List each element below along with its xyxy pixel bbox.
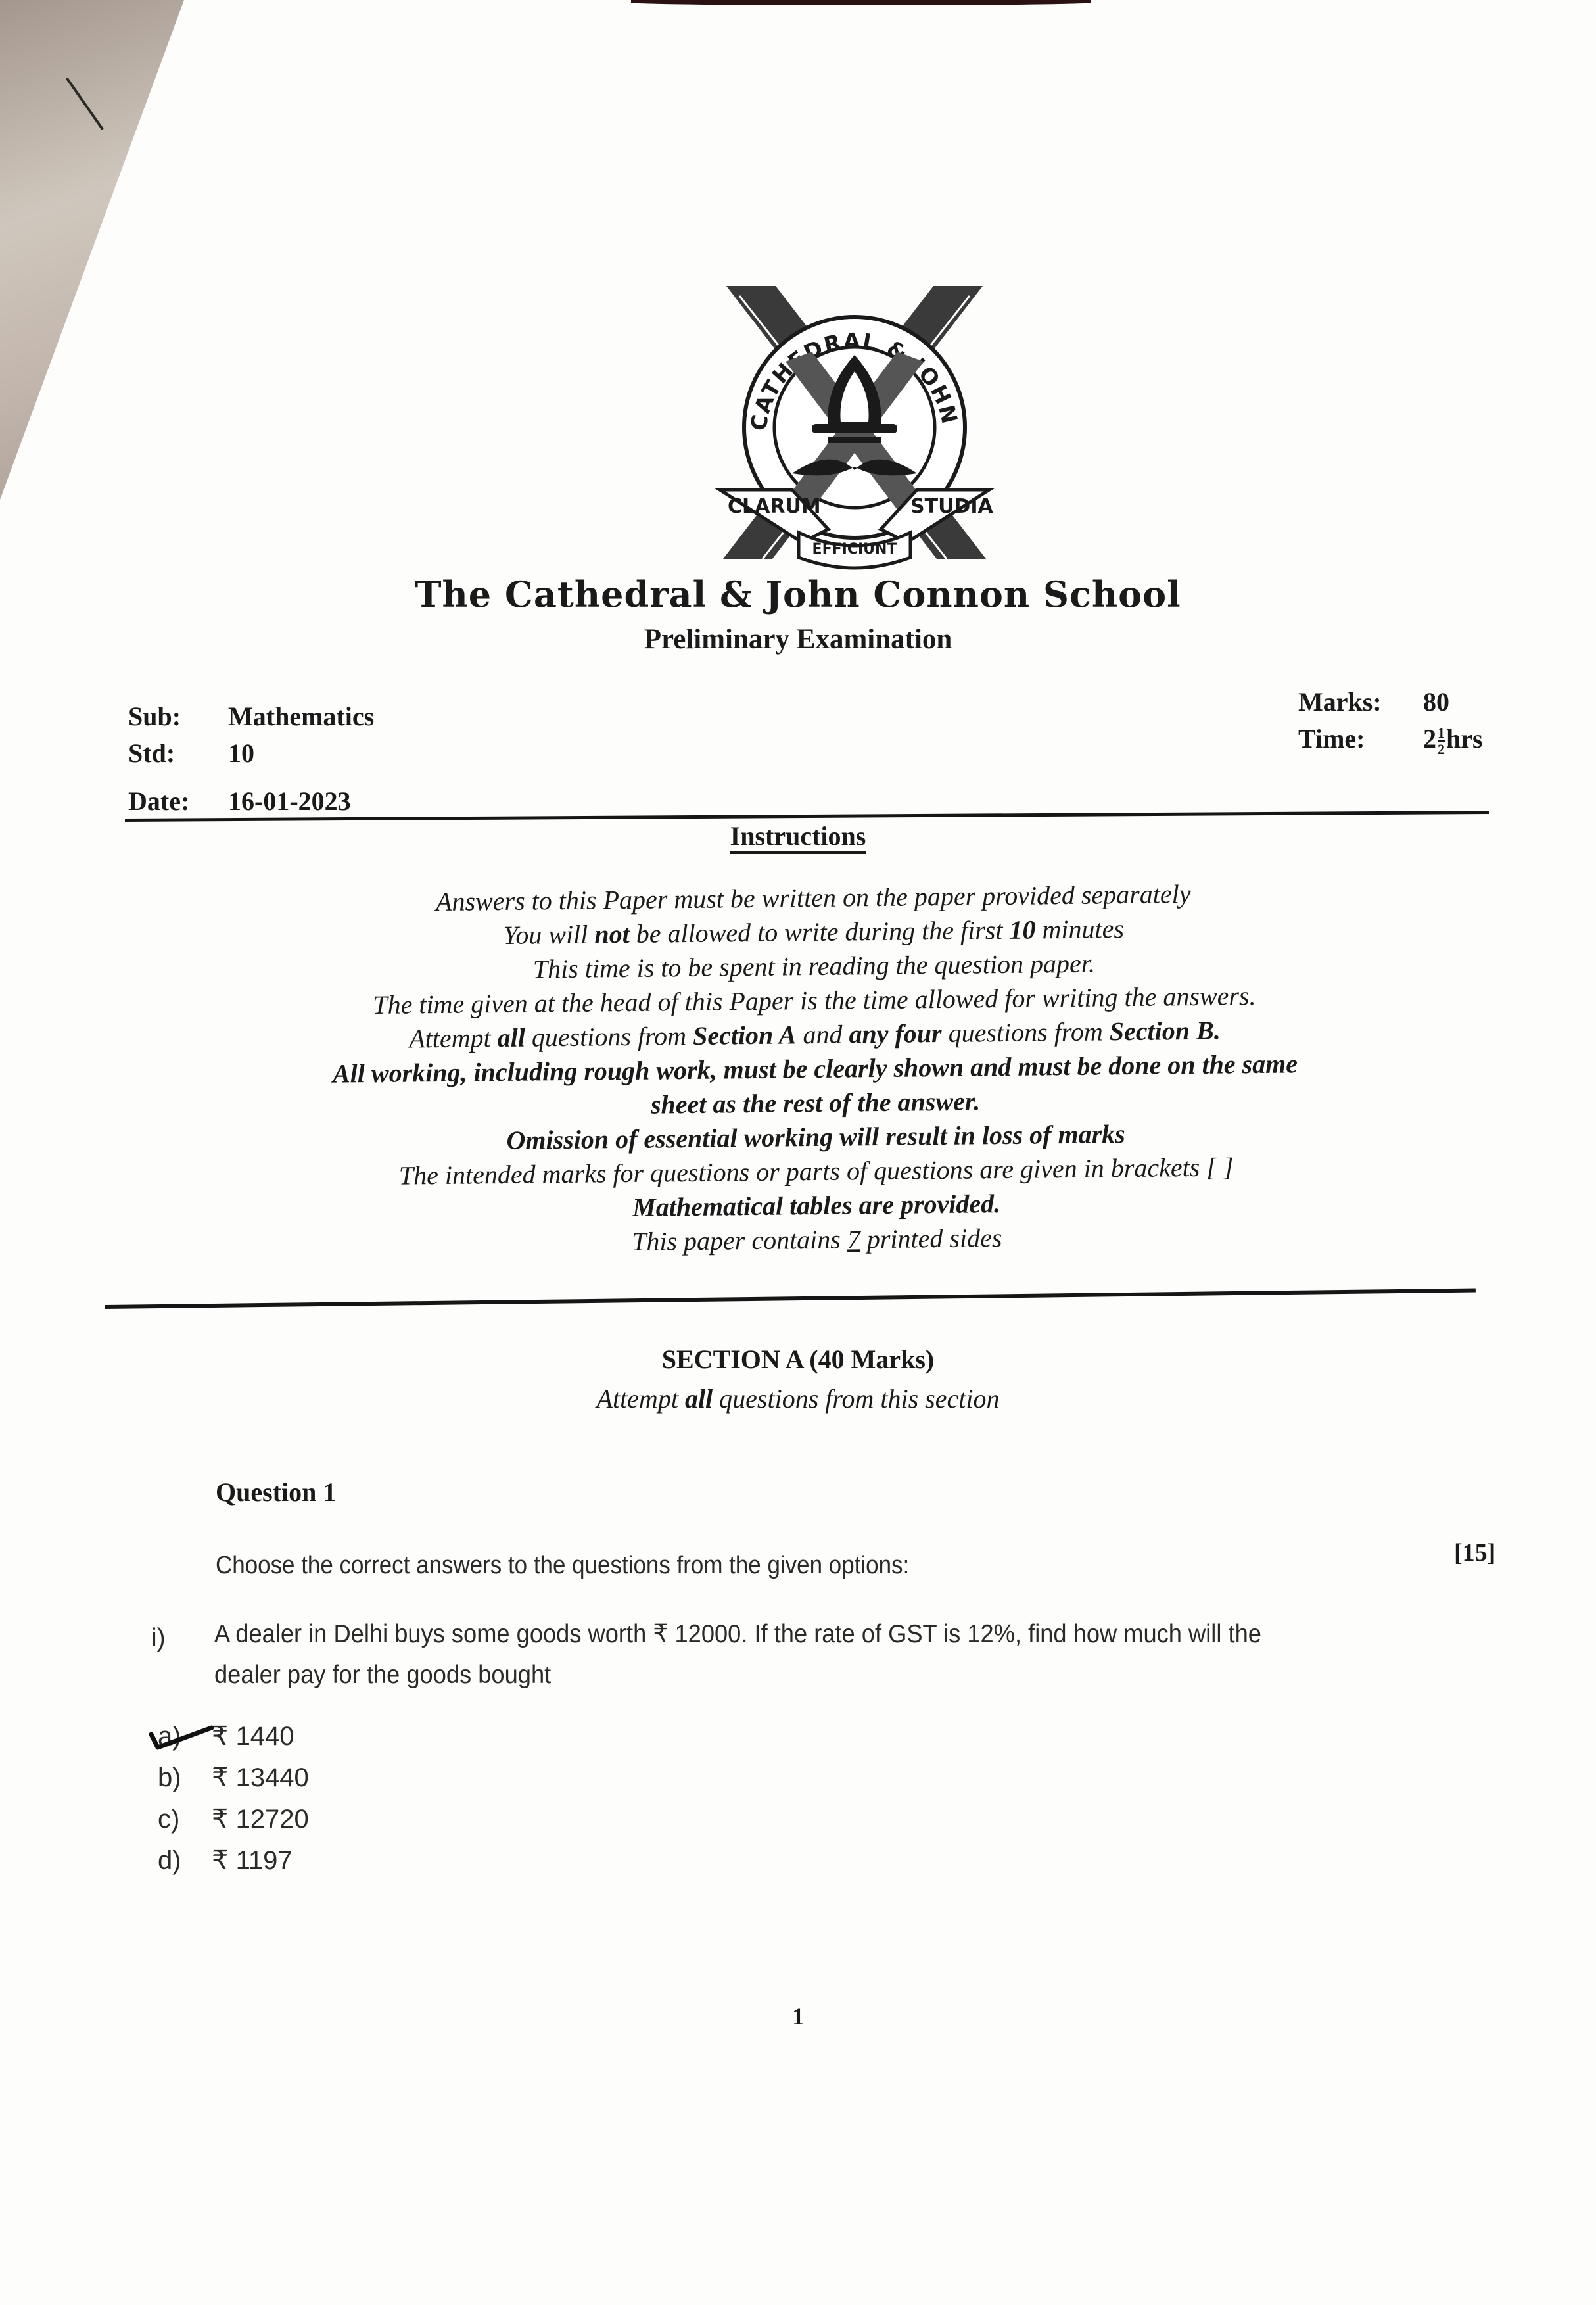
- sub-question-text: A dealer in Delhi buys some goods worth …: [214, 1614, 1317, 1696]
- marks-row: Marks:80: [1298, 684, 1483, 721]
- exam-meta-right: Marks:80 Time:212hrs: [1298, 684, 1483, 757]
- question-1-marks: [15]: [1454, 1538, 1495, 1567]
- exam-meta-left: Sub:Mathematics Std:10: [128, 698, 374, 772]
- top-edge-shadow: [631, 0, 1091, 5]
- svg-text:STUDIA: STUDIA: [910, 495, 993, 518]
- date-label: Date:: [128, 786, 228, 817]
- subject-value: Mathematics: [228, 701, 374, 731]
- option-c: c)₹ 12720: [158, 1799, 309, 1840]
- exam-title: Preliminary Examination: [0, 623, 1596, 655]
- svg-text:CLARUM: CLARUM: [728, 495, 821, 518]
- date-value: 16-01-2023: [228, 786, 351, 816]
- instructions-divider: [105, 1289, 1476, 1309]
- option-d: d)₹ 1197: [158, 1840, 309, 1882]
- standard-row: Std:10: [128, 735, 374, 772]
- time-label: Time:: [1298, 721, 1423, 757]
- question-1-prompt: Choose the correct answers to the questi…: [216, 1552, 909, 1580]
- marks-value: 80: [1423, 687, 1449, 717]
- school-crest-logo: CATHEDRAL & JOHN CONNON SCHOOL CLARUM ST…: [713, 283, 996, 572]
- section-a-subtitle: Attempt all questions from this section: [0, 1383, 1596, 1414]
- standard-label: Std:: [128, 735, 228, 772]
- time-whole: 2: [1423, 724, 1436, 753]
- option-b: b)₹ 13440: [158, 1757, 309, 1799]
- instructions-list: Answers to this Paper must be written on…: [222, 875, 1409, 1264]
- sub-question-i: i) A dealer in Delhi buys some goods wor…: [151, 1614, 1400, 1696]
- school-name: The Cathedral & John Connon School: [0, 573, 1596, 615]
- time-row: Time:212hrs: [1298, 721, 1483, 757]
- subject-row: Sub:Mathematics: [128, 698, 374, 735]
- sub-question-number: i): [151, 1618, 166, 1659]
- instructions-heading: Instructions: [0, 820, 1596, 851]
- time-unit: hrs: [1446, 724, 1483, 753]
- marks-label: Marks:: [1298, 684, 1423, 721]
- page-number: 1: [0, 2003, 1596, 2030]
- standard-value: 10: [228, 738, 254, 768]
- svg-text:EFFICIUNT: EFFICIUNT: [812, 541, 897, 558]
- section-a-title: SECTION A (40 Marks): [0, 1344, 1596, 1375]
- handwritten-tick-mark-icon: [149, 1721, 214, 1754]
- date-row: Date:16-01-2023: [128, 786, 351, 817]
- page-fold-shadow: [0, 0, 184, 500]
- time-fraction: 12: [1438, 726, 1445, 757]
- question-1-title: Question 1: [216, 1477, 336, 1508]
- subject-label: Sub:: [128, 698, 228, 735]
